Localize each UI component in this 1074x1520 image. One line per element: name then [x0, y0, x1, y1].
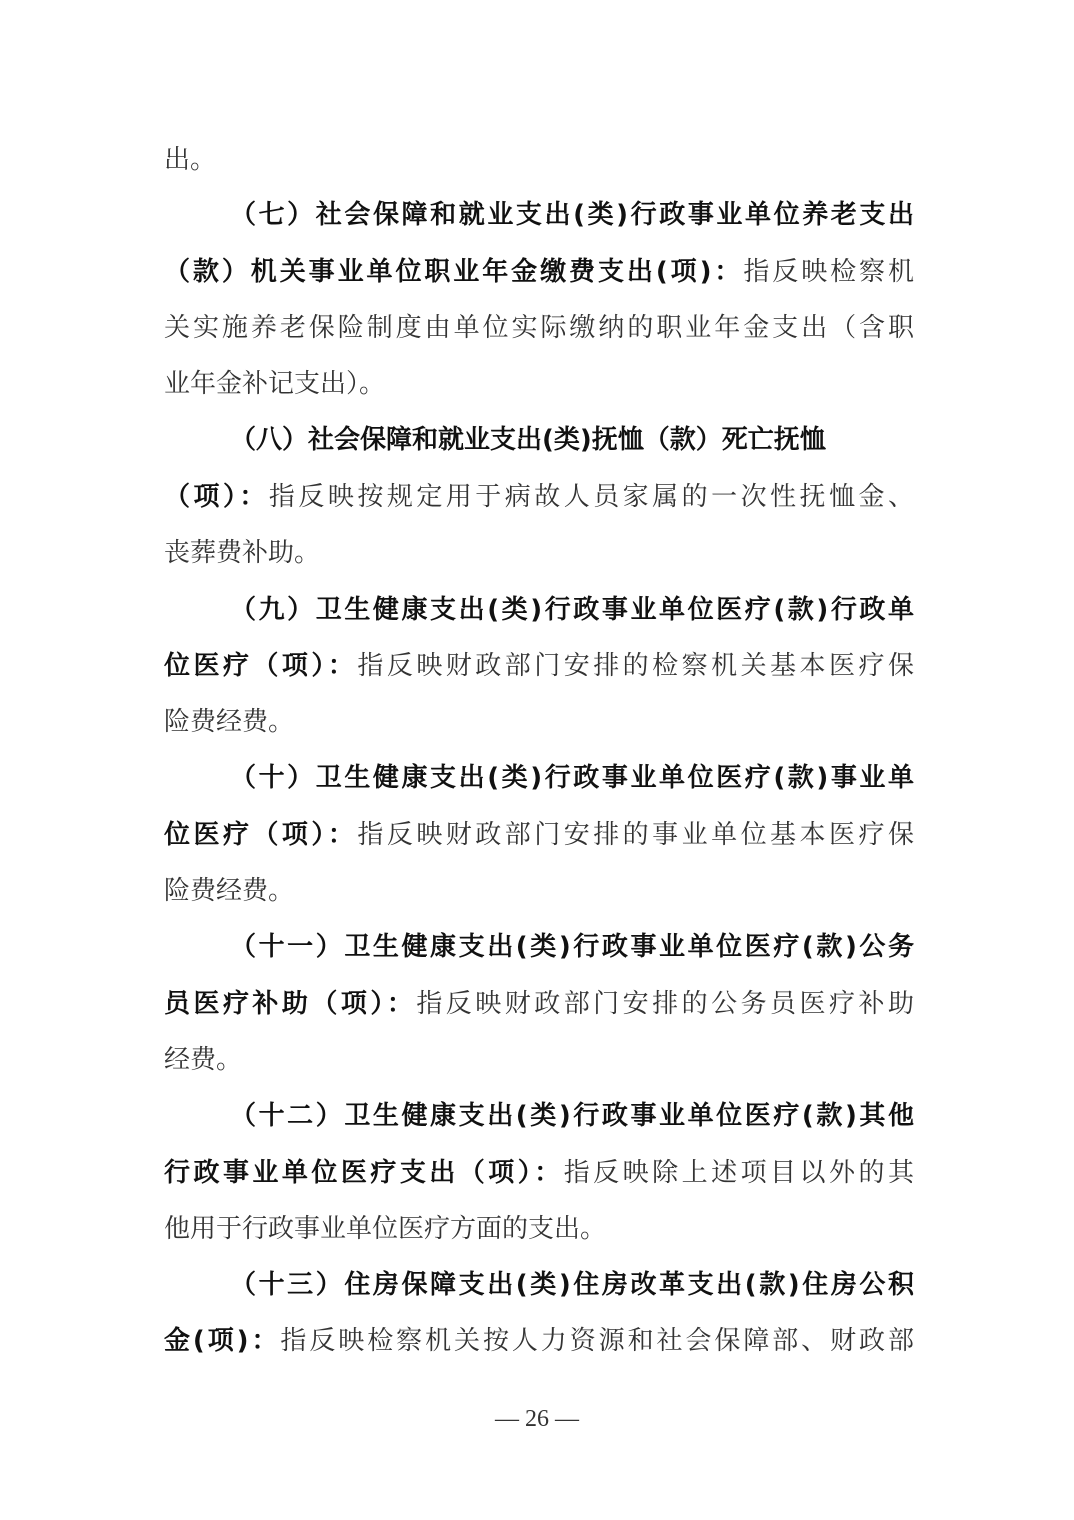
line-heading: （十三）住房保障支出(类)住房改革支出(款)住房公积	[230, 1270, 914, 1300]
line-heading: 金(项)：	[164, 1326, 280, 1356]
line-body: 丧葬费补助。	[164, 538, 320, 568]
line-body: 业年金补记支出）。	[164, 369, 385, 399]
text-line: （八）社会保障和就业支出(类)抚恤（款）死亡抚恤	[230, 420, 914, 460]
line-heading: （七）社会保障和就业支出(类)行政事业单位养老支出	[230, 200, 914, 230]
line-heading: 位医疗（项）：	[164, 651, 357, 681]
line-heading: （项）：	[164, 482, 269, 512]
line-heading: （款）机关事业单位职业年金缴费支出(项)：	[164, 257, 743, 287]
text-line: 经费。	[164, 1040, 914, 1080]
line-body: 指反映检察机	[743, 257, 914, 287]
text-line: 员医疗补助（项）：指反映财政部门安排的公务员医疗补助	[164, 984, 914, 1024]
text-line: （十二）卫生健康支出(类)行政事业单位医疗(款)其他	[230, 1096, 914, 1136]
text-line: 金(项)：指反映检察机关按人力资源和社会保障部、财政部	[164, 1321, 914, 1361]
page-number: — 26 —	[0, 1406, 1074, 1433]
line-heading: （十一）卫生健康支出(类)行政事业单位医疗(款)公务	[230, 932, 914, 962]
line-body: 指反映除上述项目以外的其	[564, 1158, 914, 1188]
line-body: 指反映财政部门安排的公务员医疗补助	[416, 989, 914, 1019]
text-line: 他用于行政事业单位医疗方面的支出。	[164, 1209, 914, 1249]
line-heading: 员医疗补助（项）：	[164, 989, 416, 1019]
line-heading: （十二）卫生健康支出(类)行政事业单位医疗(款)其他	[230, 1101, 914, 1131]
line-body: 险费经费。	[164, 876, 294, 906]
text-line: （七）社会保障和就业支出(类)行政事业单位养老支出	[230, 195, 914, 235]
text-line: 关实施养老保险制度由单位实际缴纳的职业年金支出（含职	[164, 308, 914, 348]
text-line: 丧葬费补助。	[164, 533, 914, 573]
line-body: 指反映检察机关按人力资源和社会保障部、财政部	[280, 1326, 914, 1356]
line-body: 关实施养老保险制度由单位实际缴纳的职业年金支出（含职	[164, 313, 914, 343]
line-body: 指反映财政部门安排的事业单位基本医疗保	[357, 820, 914, 850]
line-body: 险费经费。	[164, 707, 294, 737]
line-body: 指反映按规定用于病故人员家属的一次性抚恤金、	[269, 482, 914, 512]
text-line: 位医疗（项）：指反映财政部门安排的检察机关基本医疗保	[164, 646, 914, 686]
line-heading: （九）卫生健康支出(类)行政事业单位医疗(款)行政单	[230, 595, 914, 625]
text-line: （九）卫生健康支出(类)行政事业单位医疗(款)行政单	[230, 590, 914, 630]
text-line: 险费经费。	[164, 702, 914, 742]
line-heading: （八）社会保障和就业支出(类)抚恤（款）死亡抚恤	[230, 425, 826, 455]
line-body: 出。	[164, 145, 216, 175]
text-line: （十三）住房保障支出(类)住房改革支出(款)住房公积	[230, 1265, 914, 1305]
text-line: 出。	[164, 140, 914, 180]
line-body: 指反映财政部门安排的检察机关基本医疗保	[357, 651, 914, 681]
text-line: （项）：指反映按规定用于病故人员家属的一次性抚恤金、	[164, 477, 914, 517]
text-line: 险费经费。	[164, 871, 914, 911]
line-heading: （十）卫生健康支出(类)行政事业单位医疗(款)事业单	[230, 763, 914, 793]
text-line: 位医疗（项）：指反映财政部门安排的事业单位基本医疗保	[164, 815, 914, 855]
text-line: （十）卫生健康支出(类)行政事业单位医疗(款)事业单	[230, 758, 914, 798]
text-line: 行政事业单位医疗支出（项）：指反映除上述项目以外的其	[164, 1153, 914, 1193]
text-line: （十一）卫生健康支出(类)行政事业单位医疗(款)公务	[230, 927, 914, 967]
line-body: 他用于行政事业单位医疗方面的支出。	[164, 1214, 606, 1244]
line-heading: 行政事业单位医疗支出（项）：	[164, 1158, 564, 1188]
text-line: （款）机关事业单位职业年金缴费支出(项)：指反映检察机	[164, 252, 914, 292]
line-heading: 位医疗（项）：	[164, 820, 357, 850]
line-body: 经费。	[164, 1045, 242, 1075]
text-line: 业年金补记支出）。	[164, 364, 914, 404]
